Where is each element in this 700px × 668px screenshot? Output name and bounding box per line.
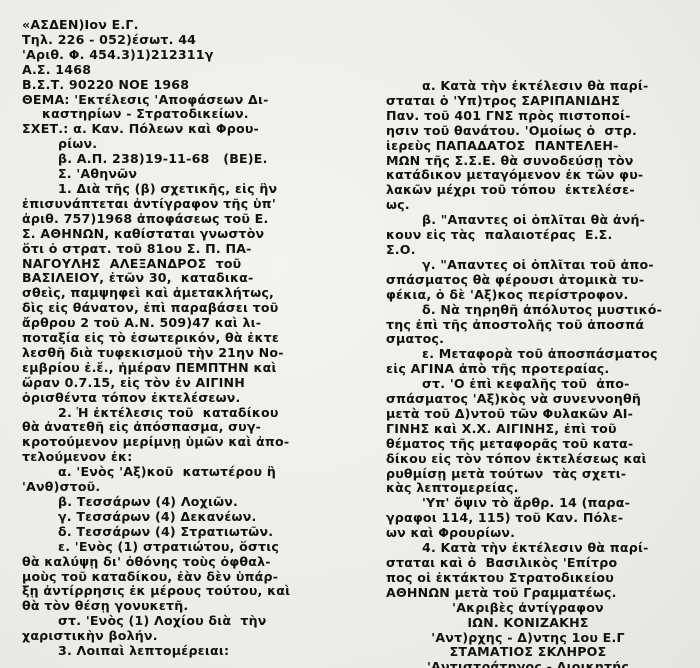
text-line: ΜΩΝ τῆς Σ.Σ.Ε. θὰ συνοδεύσῃ τὸν xyxy=(386,154,680,169)
text-line: θὰ τὸν θέσῃ γονυκετῆ. xyxy=(22,599,322,614)
text-line: Παν. τοῦ 401 ΓΝΣ πρὸς πιστοποί- xyxy=(386,109,680,124)
text-line: τελούμενον ἐκ: xyxy=(22,450,322,465)
text-line: 3. Λοιπαὶ λεπτομέρειαι: xyxy=(22,644,322,659)
text-line: της ἐπὶ τῆς ἀποστολῆς τοῦ ἀποσπά xyxy=(386,318,680,333)
text-line: κατάδικον μεταγόμενον ἐκ τῶν φυ- xyxy=(386,168,680,183)
text-line: χαριστικὴν βολήν. xyxy=(22,629,322,644)
text-line: λεσθῆ διὰ τυφεκισμοῦ τὴν 21ην Νο- xyxy=(22,346,322,361)
text-line: Σ.Ο. xyxy=(386,243,680,258)
text-line: ὁρισθέντα τόπον ἐκτελέσεων. xyxy=(22,391,322,406)
text-line: σματος. xyxy=(386,332,680,347)
text-line: ρυθμίσῃ μετὰ τούτων τὰς σχετι- xyxy=(386,467,680,482)
text-line: ησιν τοῦ θανάτου. 'Ομοίως ὁ στρ. xyxy=(386,124,680,139)
text-line: κὰς λεπτομερείας. xyxy=(386,481,680,496)
copy-signer-title: 'Αντ)ρχης - Δ)ντης 1ου Ε.Γ xyxy=(376,631,680,646)
subject-line: καστηρίων - Στρατοδικείων. xyxy=(22,107,322,122)
text-line: 'Ανθ)στοῦ. xyxy=(22,480,322,495)
header-unit: «ΑΣΔΕΝ)Ιον Ε.Γ. xyxy=(22,18,322,33)
text-line: ΒΑΣΙΛΕΙΟΥ, ἐτῶν 30, καταδικα- xyxy=(22,271,322,286)
left-column-body: 1. Διὰ τῆς (β) σχετικῆς, εἰς ἣνἐπισυνάπτ… xyxy=(22,182,322,659)
copy-signer-name: ΙΩΝ. ΚΟΝΙΖΑΚΗΣ xyxy=(376,616,680,631)
text-line: σθεὶς, παμψηφεὶ καὶ ἀμετακλήτως, xyxy=(22,286,322,301)
text-line: λακῶν μέχρι τοῦ τόπου ἐκτελέσε- xyxy=(386,183,680,198)
text-line: γ. Τεσσάρων (4) Δεκανέων. xyxy=(22,510,322,525)
text-line: 1. Διὰ τῆς (β) σχετικῆς, εἰς ἣν xyxy=(22,182,322,197)
left-column: «ΑΣΔΕΝ)Ιον Ε.Γ. Τηλ. 226 - 052)έσωτ. 44 … xyxy=(22,18,322,659)
reference-line: Σ. 'Αθηνῶν xyxy=(22,167,322,182)
text-line: ξῃ ἀντίρρησις ἐκ μέρους τούτου, καὶ xyxy=(22,584,322,599)
text-line: σπάσματος θὰ φέρουσι ἀτομικὰ τυ- xyxy=(386,273,680,288)
text-line: ἱερεὺς ΠΑΠΑΔΑΤΟΣ ΠΑΝΤΕΛΕΗ- xyxy=(386,139,680,154)
text-line: θὰ καλύψῃ δι' ὀθόνης τοὺς ὀφθαλ- xyxy=(22,555,322,570)
text-line: ἀριθ. 757)1968 ἀποφάσεως τοῦ Ε. xyxy=(22,212,322,227)
text-line: α. Κατὰ τὴν ἐκτέλεσιν θὰ παρί- xyxy=(386,79,680,94)
text-line: σταται ὁ 'Υπ)τρος ΣΑΡΙΠΑΝΙΔΗΣ xyxy=(386,94,680,109)
text-line: β. Τεσσάρων (4) Λοχιῶν. xyxy=(22,495,322,510)
text-line: γραφοι 114, 115) τοῦ Καν. Πόλε- xyxy=(386,511,680,526)
text-line: ΝΑΓΟΥΛΗΣ ΑΛΕΞΑΝΔΡΟΣ τοῦ xyxy=(22,257,322,272)
text-line: θὰ ἀνατεθῆ εἰς ἀπόσπασμα, συγ- xyxy=(22,420,322,435)
text-line: στ. 'Ο ἐπὶ κεφαλῆς τοῦ ἀπο- xyxy=(386,377,680,392)
text-line: δ. Νὰ τηρηθῆ ἀπόλυτος μυστικό- xyxy=(386,303,680,318)
subject-line: ΘΕΜΑ: 'Εκτέλεσις 'Αποφάσεων Δι- xyxy=(22,93,322,108)
text-line: ὥραν 0.7.15, εἰς τὸν ἐν ΑΙΓΙΝΗ xyxy=(22,376,322,391)
text-line: ΓΙΝΗΣ καὶ Χ.Χ. ΑΙΓΙΝΗΣ, ἐπὶ τοῦ xyxy=(386,422,680,437)
text-line: 2. Ἡ ἐκτέλεσις τοῦ καταδίκου xyxy=(22,406,322,421)
text-line: εμβρίου ἐ.ἔ., ἡμέραν ΠΕΜΠΤΗΝ καὶ xyxy=(22,361,322,376)
text-line: α. 'Ενὸς 'Αξ)κοῦ κατωτέρου ἢ xyxy=(22,465,322,480)
scanned-document-page: «ΑΣΔΕΝ)Ιον Ε.Γ. Τηλ. 226 - 052)έσωτ. 44 … xyxy=(0,0,700,668)
header-phone: Τηλ. 226 - 052)έσωτ. 44 xyxy=(22,33,322,48)
text-line: ε. Μεταφορὰ τοῦ ἀποσπάσματος xyxy=(386,347,680,362)
text-line: β. "Απαντες οἱ ὁπλῖται θὰ ἀνή- xyxy=(386,213,680,228)
text-line: 4. Κατὰ τὴν ἐκτέλεσιν θὰ παρί- xyxy=(386,541,680,556)
text-line: σπάσματος 'Αξ)κὸς νὰ συνεννοηθῆ xyxy=(386,392,680,407)
signer-title: 'Αντιστράτηγος - Διοικητής xyxy=(376,660,680,668)
text-line: δίκου εἰς τὸν τόπον ἐκτελέσεως καὶ xyxy=(386,452,680,467)
text-line: μετὰ τοῦ Δ)ντοῦ τῶν Φυλακῶν ΑΙ- xyxy=(386,407,680,422)
header-file-number: 'Αριθ. Φ. 454.3)1)212311γ xyxy=(22,48,322,63)
text-line: ἐπισυνάπτεται ἀντίγραφον τῆς ὑπ' xyxy=(22,197,322,212)
signer-name: ΣΤΑΜΑΤΙΟΣ ΣΚΛΗΡΟΣ xyxy=(376,645,680,660)
text-line: γ. "Απαντες οἱ ὁπλῖται τοῦ ἀπο- xyxy=(386,258,680,273)
text-line: ἄρθρου 2 τοῦ Α.Ν. 509)47 καὶ λι- xyxy=(22,316,322,331)
header-date: Β.Σ.Τ. 90220 ΝΟΕ 1968 xyxy=(22,78,322,93)
text-line: σταται καὶ ὁ Βασιλικὸς 'Επίτρο xyxy=(386,556,680,571)
reference-line: β. Α.Π. 238)19-11-68 (ΒΕ)Ε. xyxy=(22,152,322,167)
text-line: μοὺς τοῦ καταδίκου, ἐὰν δὲν ὑπάρ- xyxy=(22,570,322,585)
text-line: ε. 'Ενὸς (1) στρατιώτου, ὅστις xyxy=(22,540,322,555)
text-line: δὶς εἰς θάνατον, ἐπὶ παραβάσει τοῦ xyxy=(22,301,322,316)
text-line: ως. xyxy=(386,198,680,213)
text-line: φέκια, ὁ δὲ 'Αξ)κος περίστροφον. xyxy=(386,288,680,303)
text-line: δ. Τεσσάρων (4) Στρατιωτῶν. xyxy=(22,525,322,540)
right-column: α. Κατὰ τὴν ἐκτέλεσιν θὰ παρί-σταται ὁ '… xyxy=(386,79,680,668)
text-line: θέματος τῆς μεταφορᾶς τοῦ κατα- xyxy=(386,437,680,452)
text-line: 'Υπ' ὄψιν τὸ ἄρθρ. 14 (παρα- xyxy=(386,496,680,511)
text-line: πος οἱ ἐκτάκτου Στρατοδικείου xyxy=(386,571,680,586)
header-as-number: Α.Σ. 1468 xyxy=(22,63,322,78)
text-line: ων καὶ Φρουρίων. xyxy=(386,526,680,541)
text-line: στ. 'Ενὸς (1) Λοχίου διὰ τὴν xyxy=(22,614,322,629)
text-line: ποταξία εἰς τὸ ἐσωτερικόν, θὰ ἐκτε xyxy=(22,331,322,346)
text-line: κουν εἰς τὰς παλαιοτέρας Ε.Σ. xyxy=(386,228,680,243)
text-line: κροτούμενον μερίμνῃ ὑμῶν καὶ ἀπο- xyxy=(22,435,322,450)
text-line: ὅτι ὁ στρατ. τοῦ 81ου Σ. Π. ΠΑ- xyxy=(22,242,322,257)
signature-block: 'Ακριβὲς ἀντίγραφον ΙΩΝ. ΚΟΝΙΖΑΚΗΣ 'Αντ)… xyxy=(376,601,680,668)
text-line: εἰς ΑΓΙΝΑ ἀπὸ τῆς προτεραίας. xyxy=(386,362,680,377)
reference-line: ρίων. xyxy=(22,137,322,152)
certified-copy-label: 'Ακριβὲς ἀντίγραφον xyxy=(376,601,680,616)
text-line: ΑΘΗΝΩΝ μετὰ τοῦ Γραμματέως. xyxy=(386,586,680,601)
reference-line: ΣΧΕΤ.: α. Καν. Πόλεων καὶ Φρου- xyxy=(22,122,322,137)
right-column-body: α. Κατὰ τὴν ἐκτέλεσιν θὰ παρί-σταται ὁ '… xyxy=(386,79,680,601)
text-line: Σ. ΑΘΗΝΩΝ, καθίσταται γνωστὸν xyxy=(22,227,322,242)
